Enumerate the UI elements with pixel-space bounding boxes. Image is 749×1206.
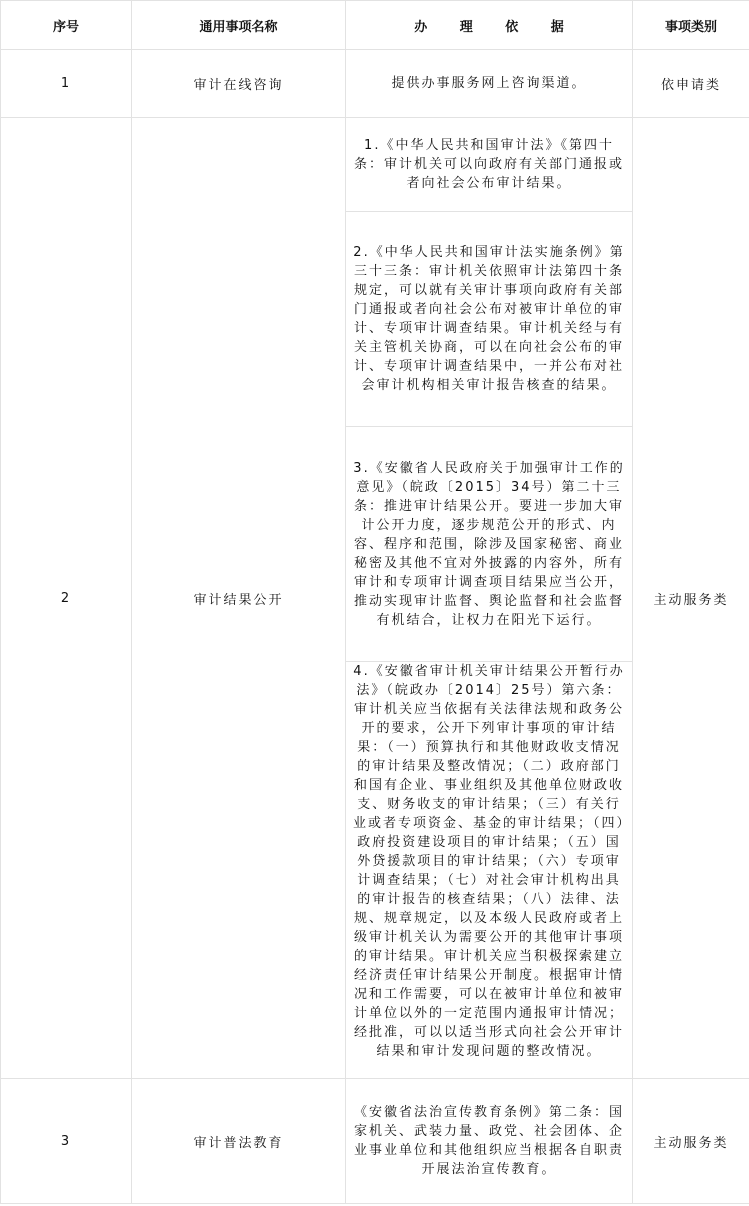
row-category: 依申请类 bbox=[633, 50, 749, 118]
row-category: 主动服务类 bbox=[633, 118, 749, 1079]
row-index: 2 bbox=[1, 118, 132, 1079]
header-item-name: 通用事项名称 bbox=[132, 1, 346, 50]
row-basis-clause-4: 4.《安徽省审计机关审计结果公开暂行办法》（皖政办〔2014〕25号）第六条：审… bbox=[346, 662, 633, 1079]
basis-text: 1.《中华人民共和国审计法》《第四十条：审计机关可以向政府有关部门通报或者向社会… bbox=[346, 136, 632, 193]
table-row: 3 审计普法教育 《安徽省法治宣传教育条例》第二条：国家机关、武装力量、政党、社… bbox=[1, 1079, 749, 1204]
table-row: 2 审计结果公开 1.《中华人民共和国审计法》《第四十条：审计机关可以向政府有关… bbox=[1, 118, 749, 212]
header-category: 事项类别 bbox=[633, 1, 749, 50]
row-basis: 《安徽省法治宣传教育条例》第二条：国家机关、武装力量、政党、社会团体、企业事业单… bbox=[346, 1079, 633, 1204]
basis-text: 2.《中华人民共和国审计法实施条例》第三十三条：审计机关依照审计法第四十条规定，… bbox=[346, 243, 632, 395]
row-index: 3 bbox=[1, 1079, 132, 1204]
row-index: 1 bbox=[1, 50, 132, 118]
header-index: 序号 bbox=[1, 1, 132, 50]
basis-text: 《安徽省法治宣传教育条例》第二条：国家机关、武装力量、政党、社会团体、企业事业单… bbox=[346, 1103, 632, 1179]
row-basis-clause-2: 2.《中华人民共和国审计法实施条例》第三十三条：审计机关依照审计法第四十条规定，… bbox=[346, 212, 633, 427]
row-item-name: 审计在线咨询 bbox=[132, 50, 346, 118]
basis-text: 3.《安徽省人民政府关于加强审计工作的意见》（皖政〔2015〕34号）第二十三条… bbox=[346, 459, 632, 630]
table-header-row: 序号 通用事项名称 办 理 依 据 事项类别 bbox=[1, 1, 749, 50]
row-item-name: 审计普法教育 bbox=[132, 1079, 346, 1204]
header-basis: 办 理 依 据 bbox=[346, 1, 633, 50]
row-item-name: 审计结果公开 bbox=[132, 118, 346, 1079]
row-basis-clause-3: 3.《安徽省人民政府关于加强审计工作的意见》（皖政〔2015〕34号）第二十三条… bbox=[346, 427, 633, 662]
row-basis: 提供办事服务网上咨询渠道。 bbox=[346, 50, 633, 118]
row-category: 主动服务类 bbox=[633, 1079, 749, 1204]
service-items-table: 序号 通用事项名称 办 理 依 据 事项类别 1 审计在线咨询 提供办事服务网上… bbox=[0, 0, 749, 1204]
basis-text: 4.《安徽省审计机关审计结果公开暂行办法》（皖政办〔2014〕25号）第六条：审… bbox=[346, 662, 632, 1061]
row-basis-clause-1: 1.《中华人民共和国审计法》《第四十条：审计机关可以向政府有关部门通报或者向社会… bbox=[346, 118, 633, 212]
table-row: 1 审计在线咨询 提供办事服务网上咨询渠道。 依申请类 bbox=[1, 50, 749, 118]
basis-text: 提供办事服务网上咨询渠道。 bbox=[346, 74, 632, 93]
